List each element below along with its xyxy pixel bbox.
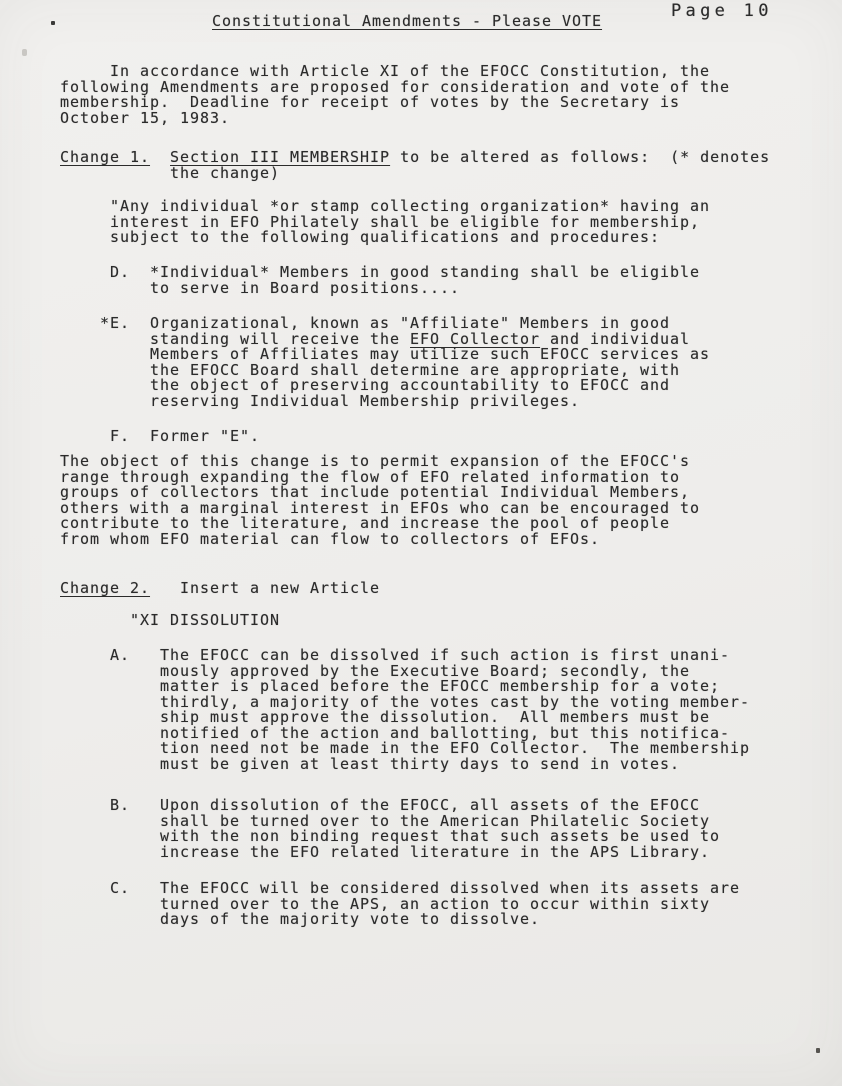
change-rationale-paragraph-line-6: from whom EFO material can flow to colle… xyxy=(60,532,700,548)
change-2-heading-line-1: Change 2. Insert a new Article xyxy=(60,581,380,597)
change-2-heading: Change 2. Insert a new Article xyxy=(60,581,380,597)
intro-paragraph: In accordance with Article XI of the EFO… xyxy=(60,64,730,126)
ink-speck xyxy=(816,1048,820,1053)
underlined-text: Constitutional Amendments - Please VOTE xyxy=(212,12,602,30)
item-c: C. The EFOCC will be considered dissolve… xyxy=(60,881,740,928)
change-1-heading-line-2: the change) xyxy=(60,166,770,182)
ink-speck xyxy=(51,21,55,25)
text-segment: F. Former "E". xyxy=(60,427,260,445)
dissolution-article-heading: "XI DISSOLUTION xyxy=(60,613,280,629)
text-segment: to serve in Board positions.... xyxy=(60,279,460,297)
text-segment: days of the majority vote to dissolve. xyxy=(60,910,540,928)
change-1-heading: Change 1. Section III MEMBERSHIP to be a… xyxy=(60,150,770,181)
membership-quote: "Any individual *or stamp collecting org… xyxy=(60,199,710,246)
item-b: B. Upon dissolution of the EFOCC, all as… xyxy=(60,798,720,860)
item-a-line-8: must be given at least thirty days to se… xyxy=(60,757,750,773)
document-title: Constitutional Amendments - Please VOTE xyxy=(212,14,602,30)
text-segment: subject to the following qualifications … xyxy=(60,228,660,246)
intro-paragraph-line-4: October 15, 1983. xyxy=(60,111,730,127)
page-number-line-1: Page 10 xyxy=(671,2,773,20)
dissolution-article-heading-line-1: "XI DISSOLUTION xyxy=(60,613,280,629)
item-e-line-6: reserving Individual Membership privileg… xyxy=(60,394,710,410)
document-page: Page 10Constitutional Amendments - Pleas… xyxy=(0,0,842,1086)
text-segment: the change) xyxy=(60,164,280,182)
text-segment: from whom EFO material can flow to colle… xyxy=(60,530,600,548)
item-d: D. *Individual* Members in good standing… xyxy=(60,265,700,296)
item-a: A. The EFOCC can be dissolved if such ac… xyxy=(60,648,750,772)
item-f-line-1: F. Former "E". xyxy=(60,429,260,445)
underlined-text: Change 2. xyxy=(60,579,150,597)
item-b-line-4: increase the EFO related literature in t… xyxy=(60,845,720,861)
text-segment: "XI DISSOLUTION xyxy=(60,611,280,629)
text-segment: increase the EFO related literature in t… xyxy=(60,843,710,861)
change-rationale-paragraph: The object of this change is to permit e… xyxy=(60,454,700,547)
text-segment: Page 10 xyxy=(671,1,773,21)
item-c-line-3: days of the majority vote to dissolve. xyxy=(60,912,740,928)
text-segment: Insert a new Article xyxy=(150,579,380,597)
item-d-line-2: to serve in Board positions.... xyxy=(60,281,700,297)
item-f: F. Former "E". xyxy=(60,429,260,445)
document-title-line-1: Constitutional Amendments - Please VOTE xyxy=(212,14,602,30)
membership-quote-line-3: subject to the following qualifications … xyxy=(60,230,710,246)
text-segment: October 15, 1983. xyxy=(60,109,230,127)
text-segment: must be given at least thirty days to se… xyxy=(60,755,680,773)
text-segment: reserving Individual Membership privileg… xyxy=(60,392,580,410)
page-number: Page 10 xyxy=(671,2,773,20)
text-segment: to be altered as follows: (* denotes xyxy=(390,148,770,166)
ink-smudge xyxy=(22,49,27,56)
item-e: *E. Organizational, known as "Affiliate"… xyxy=(60,316,710,409)
